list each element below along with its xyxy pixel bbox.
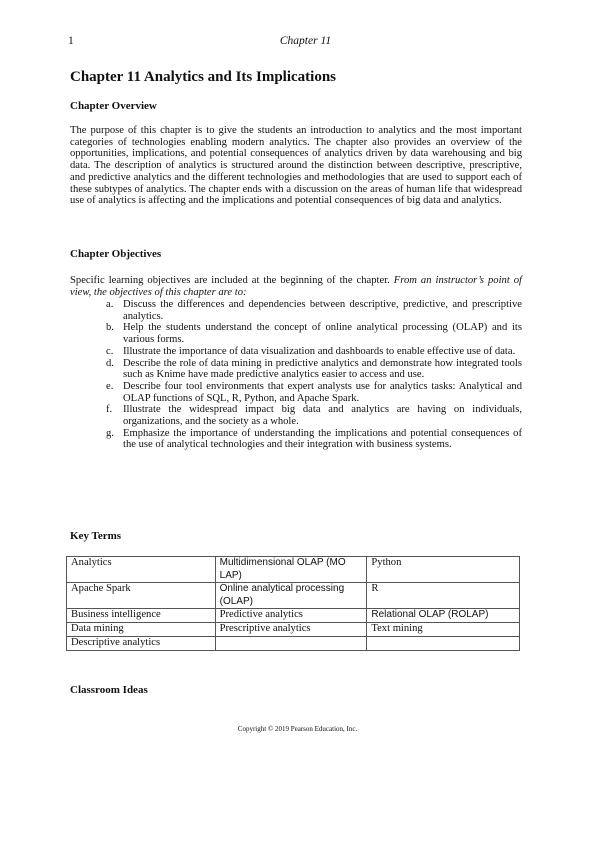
objective-marker: c. <box>106 346 113 358</box>
overview-heading: Chapter Overview <box>70 100 157 112</box>
table-cell <box>367 637 520 651</box>
objective-item: g.Emphasize the importance of understand… <box>70 428 522 451</box>
key-terms-heading: Key Terms <box>70 530 121 542</box>
classroom-ideas-heading: Classroom Ideas <box>70 684 148 696</box>
objectives-heading: Chapter Objectives <box>70 248 161 260</box>
objective-text: Discuss the differences and dependencies… <box>123 299 522 322</box>
table-cell: Analytics <box>67 557 216 583</box>
table-cell: Descriptive analytics <box>67 637 216 651</box>
table-cell: Prescriptive analytics <box>215 623 367 637</box>
objective-text: Emphasize the importance of understandin… <box>123 428 522 451</box>
objective-item: f.Illustrate the widespread impact big d… <box>70 404 522 427</box>
objective-item: a.Discuss the differences and dependenci… <box>70 299 522 322</box>
objective-text: Help the students understand the concept… <box>123 322 522 345</box>
table-cell: Business intelligence <box>67 609 216 623</box>
overview-paragraph: The purpose of this chapter is to give t… <box>70 125 522 207</box>
table-cell <box>215 637 367 651</box>
table-cell: R <box>367 583 520 609</box>
table-cell: Python <box>367 557 520 583</box>
copyright-footer: Copyright © 2019 Pearson Education, Inc. <box>0 725 595 733</box>
table-row: Data mining Prescriptive analytics Text … <box>67 623 520 637</box>
objectives-intro-text: Specific learning objectives are include… <box>70 275 394 286</box>
objective-marker: b. <box>106 322 114 334</box>
table-cell: Multidimensional OLAP (MO LAP) <box>215 557 367 583</box>
objective-text: Illustrate the importance of data visual… <box>123 346 515 357</box>
table-row: Analytics Multidimensional OLAP (MO LAP)… <box>67 557 520 583</box>
objective-item: d.Describe the role of data mining in pr… <box>70 358 522 381</box>
table-row: Apache Spark Online analytical processin… <box>67 583 520 609</box>
objective-text: Illustrate the widespread impact big dat… <box>123 404 522 427</box>
objectives-intro: Specific learning objectives are include… <box>70 275 522 298</box>
key-terms-table: Analytics Multidimensional OLAP (MO LAP)… <box>66 556 520 651</box>
objective-text: Describe four tool environments that exp… <box>123 381 522 404</box>
objective-marker: f. <box>106 404 112 416</box>
objective-item: e.Describe four tool environments that e… <box>70 381 522 404</box>
chapter-title: Chapter 11 Analytics and Its Implication… <box>70 69 336 86</box>
table-cell: Relational OLAP (ROLAP) <box>367 609 520 623</box>
objective-marker: a. <box>106 299 113 311</box>
table-cell: Text mining <box>367 623 520 637</box>
objectives-list: a.Discuss the differences and dependenci… <box>70 299 522 451</box>
table-row: Descriptive analytics <box>67 637 520 651</box>
objective-marker: g. <box>106 428 114 440</box>
objective-marker: e. <box>106 381 113 393</box>
table-cell: Apache Spark <box>67 583 216 609</box>
objective-marker: d. <box>106 358 114 370</box>
table-cell: Predictive analytics <box>215 609 367 623</box>
table-cell: Online analytical processing (OLAP) <box>215 583 367 609</box>
table-cell: Data mining <box>67 623 216 637</box>
objective-item: c.Illustrate the importance of data visu… <box>70 346 522 358</box>
objective-item: b.Help the students understand the conce… <box>70 322 522 345</box>
objective-text: Describe the role of data mining in pred… <box>123 358 522 381</box>
table-row: Business intelligence Predictive analyti… <box>67 609 520 623</box>
running-header: Chapter 11 <box>0 35 595 47</box>
